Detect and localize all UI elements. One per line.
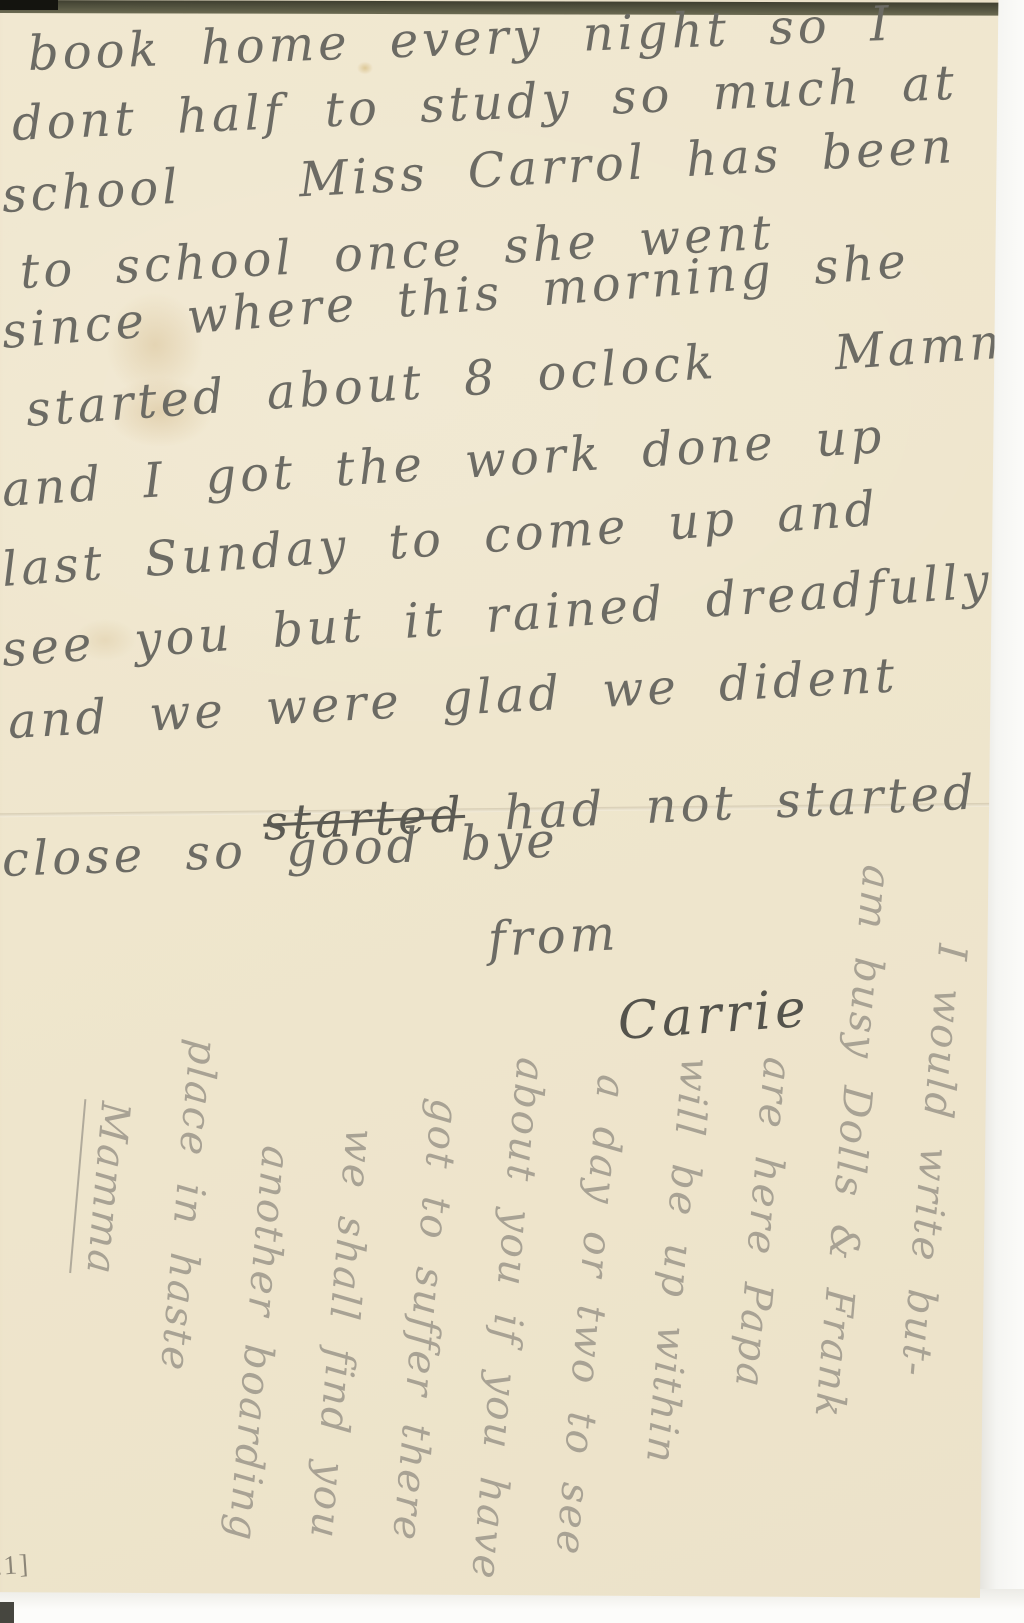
backing-strip-notch [0, 0, 58, 10]
page-marking: 21] [0, 1549, 31, 1583]
scan-corner-artifact [0, 1602, 14, 1623]
scanned-letter-page: book home every night so I dont half to … [0, 0, 1024, 1623]
rotated-postscript: I would write but- am busy Dolls & Frank… [88, 868, 1000, 1568]
letter-paper: book home every night so I dont half to … [0, 0, 1024, 1623]
rotated-postscript-text: I would write but- am busy Dolls & Frank… [30, 789, 1000, 1566]
